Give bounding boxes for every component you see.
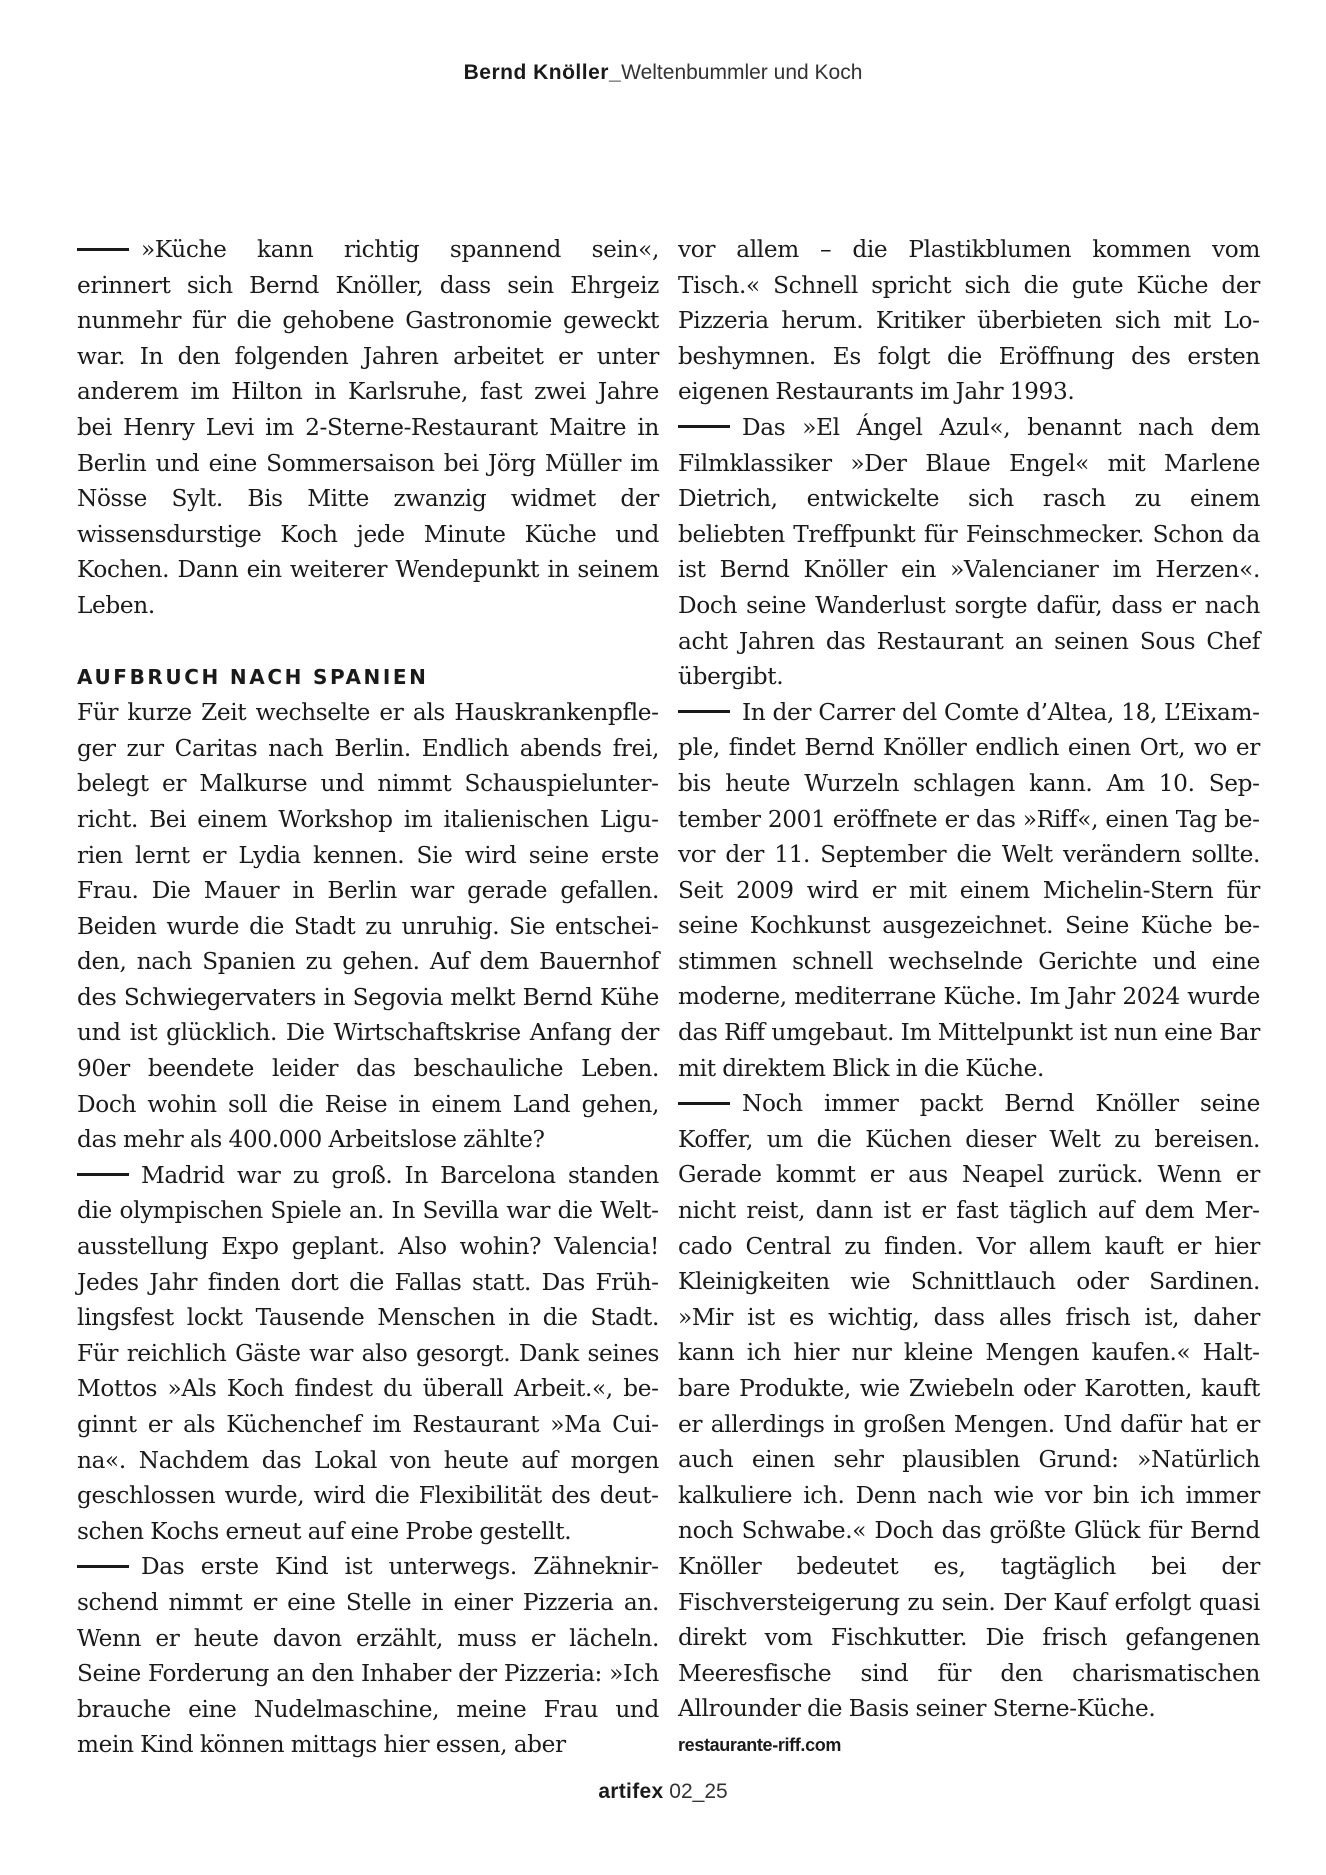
paragraph-dash-icon [678,710,730,713]
spacer [77,624,659,660]
article-paragraph: Madrid war zu groß. In Barcelona standen… [77,1158,659,1550]
running-head-author: Bernd Knöller_ [464,61,622,84]
paragraph-text: vor allem – die Plastikblumen kommen vom… [678,236,1260,405]
paragraph-dash-icon [77,1173,129,1176]
running-head-subtitle: Weltenbummler und Koch [621,61,862,84]
article-column-right: vor allem – die Plastikblumen kommen vom… [678,232,1260,1761]
paragraph-dash-icon [77,1565,129,1568]
paragraph-dash-icon [77,248,129,251]
paragraph-text: Das erste Kind ist unterwegs. Zähneknir­… [77,1553,659,1758]
paragraph-text: In der Carrer del Comte d’Altea, 18, L’E… [678,699,1260,1082]
running-head: Bernd Knöller_Weltenbummler und Koch [0,58,1326,88]
website-link[interactable]: restaurante-riff.com [678,1729,1260,1761]
paragraph-text: Für kurze Zeit wechselte er als Hauskran… [77,699,659,1153]
article-paragraph: Das »El Ángel Azul«, benannt nach dem Fi… [678,410,1260,695]
paragraph-dash-icon [678,425,730,428]
article-paragraph: Das erste Kind ist unterwegs. Zähneknir­… [77,1549,659,1763]
paragraph-text: Noch immer packt Bernd Knöller seine Kof… [678,1090,1260,1722]
paragraph-text: »Küche kann richtig spannend sein«, erin… [77,236,659,619]
article-paragraph: Noch immer packt Bernd Knöller seine Kof… [678,1086,1260,1727]
page-folio: artifex 02_25 [0,1780,1326,1804]
section-heading: AUFBRUCH NACH SPANIEN [77,660,659,696]
magazine-brand: artifex [598,1780,663,1803]
article-paragraph: Für kurze Zeit wechselte er als Hauskran… [77,695,659,1158]
paragraph-dash-icon [678,1102,730,1105]
article-paragraph: vor allem – die Plastikblumen kommen vom… [678,232,1260,410]
article-paragraph: »Küche kann richtig spannend sein«, erin… [77,232,659,624]
paragraph-text: Das »El Ángel Azul«, benannt nach dem Fi… [678,414,1260,690]
issue-number: 02_25 [663,1780,727,1803]
article-paragraph: In der Carrer del Comte d’Altea, 18, L’E… [678,695,1260,1087]
paragraph-text: Madrid war zu groß. In Barcelona standen… [77,1162,659,1545]
article-column-left: »Küche kann richtig spannend sein«, erin… [77,232,659,1763]
